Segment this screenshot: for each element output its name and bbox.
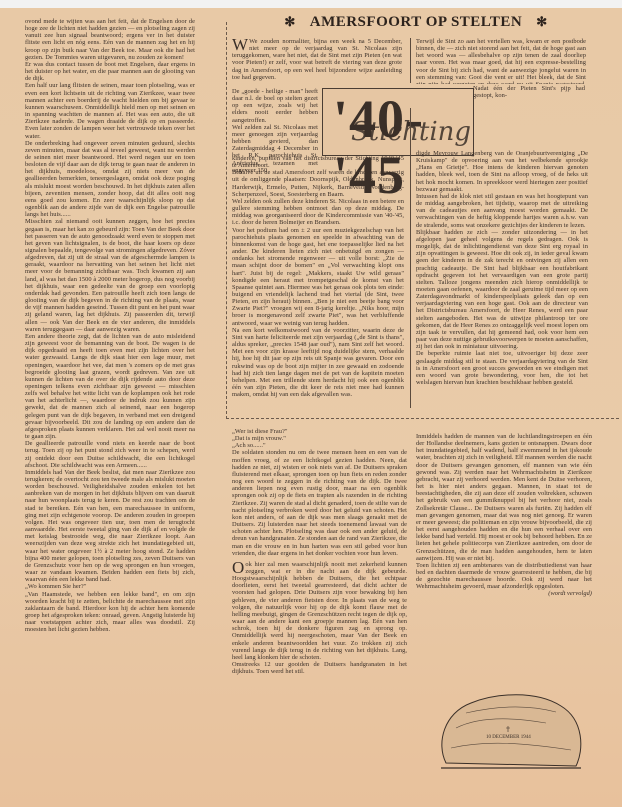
story-column-middle: „Wer ist diese Frau?"„Dat is mijn vrouw.… [232,428,407,675]
paragraph: Er was dus contact tussen de boot met En… [25,61,195,82]
dropcap-o: O [232,561,244,575]
article-headline: ✻AMERSFOORT OP STELTEN✻ [236,14,596,31]
paragraph: De beperkte ruimte laat niet toe, uitvoe… [416,350,588,386]
continued-notice: (wordt vervolgd) [416,590,592,597]
paragraph: kinderen, pupillen van het districtsbure… [232,155,404,169]
asterisk-ornament-icon: ✻ [284,14,295,29]
paragraph: Voor het podium had om ± 2 uur een muzie… [232,227,404,327]
paragraph-text: ok hier zal men waarschijnlijk nooit met… [232,561,407,661]
paragraph: Inmiddels had Van der Beek beslist, dat … [25,469,195,584]
paragraph: „Dat is mijn vrouw." [232,435,407,442]
paragraph: De geallieerde patrouille vond niets en … [25,440,195,469]
stichting-40-45-logo: '40-'45 Stichting [322,88,474,156]
paragraph: Misschien zal niemand ooit kunnen zeggen… [25,218,195,333]
paragraph: De onderbreking had ongeveer zeven minut… [25,140,195,219]
article-right-top: Terwijl de Sint zo aan het vertellen was… [416,38,586,84]
headline-text: AMERSFOORT OP STELTEN [310,14,523,30]
memorial-stone-illustration: 10 DECEMBER 1944 [436,688,586,778]
dropcap-w: W [232,38,248,52]
stone-inscription: 10 DECEMBER 1944 [486,735,531,740]
asterisk-ornament-icon: ✻ [536,14,547,29]
paragraph: Een half uur lang flitsten de seinen, ma… [25,82,195,139]
article-intro: WWe zouden normaliter, bijna een week na… [232,38,402,81]
paragraph: „Ach so......" [232,442,407,449]
paragraph: Omstreeks 12 uur gooiden de Duitsers han… [232,661,407,675]
intro-text: We zouden normaliter, bijna een week na … [232,38,402,81]
newspaper-page: ovond mede te wijten was aan het feit, d… [0,8,622,807]
right-mid-text: Nadat één der Pieten Sint's pijp had ges… [473,85,585,99]
paragraph: Wel zelden ook zullen deze kinderen St. … [232,198,404,227]
paragraph: Toen lichtten zij een ambtenares van de … [416,562,592,591]
logo-script: Stichting [351,117,471,147]
right-top-text: Terwijl de Sint zo aan het vertellen was… [416,38,586,84]
paragraph: Intussen had de klok niet stil gestaan e… [416,193,588,229]
paragraph: „Van Haamstede, we hebben een lekke band… [25,591,195,634]
paragraph: Inmiddels hadden de mannen van de luchtl… [416,433,592,562]
story-column-left: ovond mede te wijten was aan het feit, d… [25,18,195,633]
article-right-lower: digde Mevrouw Langenberg van de Oranjebu… [416,150,588,386]
paragraph: digde Mevrouw Langenberg van de Oranjebu… [416,150,588,193]
article-right-beside-logo: Nadat één der Pieten Sint's pijp had ges… [473,85,585,99]
paragraph: Een andere theorie zegt, dat de lichten … [25,333,195,440]
paragraph: Na een kort welkomstwoord van de voorzit… [232,327,404,399]
paragraph: ovond mede te wijten was aan het feit, d… [25,18,195,61]
paragraph: Ook hier zal men waarschijnlijk nooit me… [232,561,407,661]
story-column-right: Inmiddels hadden de mannen van de luchtl… [416,433,592,598]
article-left-lower: kinderen, pupillen van het districtsbure… [232,155,404,398]
column-rule [410,108,411,408]
paragraph: De soldaten stonden nu om de twee mensen… [232,449,407,556]
paragraph: Behalve uit de stad Amersfoort zelf ware… [232,169,404,198]
paragraph: De „goede - heilige - man" heeft daar n.… [232,88,318,124]
paragraph: „Wer ist diese Frau?" [232,428,407,435]
paragraph: „Wo kommen Sie her?" [25,583,195,590]
column-rule [410,38,411,83]
paragraph: Blijkbaar hadden ze zich — zonder uitzon… [416,229,588,351]
